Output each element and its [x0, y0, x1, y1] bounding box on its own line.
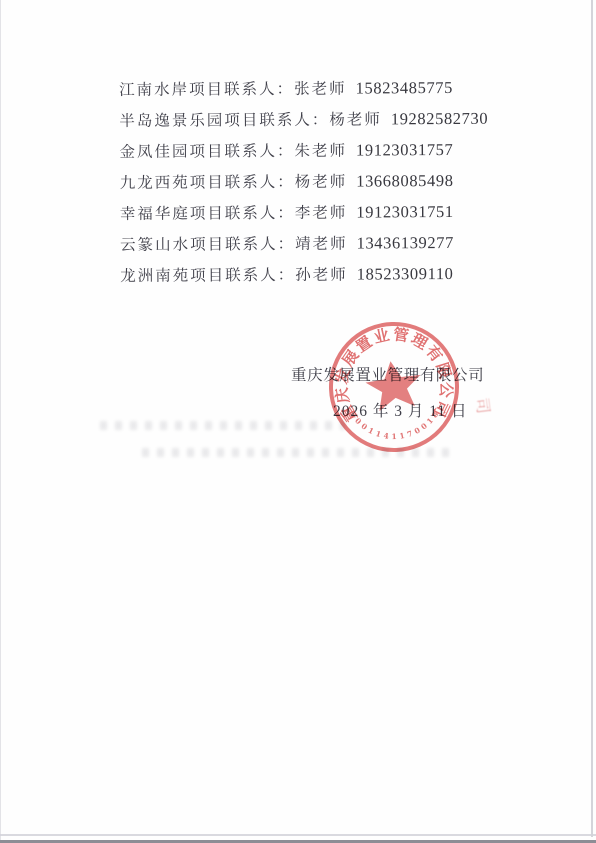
contact-person: 李老师 — [295, 205, 348, 222]
scanned-document-page: 江南水岸项目联系人：张老师15823485775 半岛逸景乐园项目联系人：杨老师… — [0, 0, 596, 843]
contact-person: 孙老师 — [295, 267, 348, 284]
phone-number: 13668085498 — [356, 171, 453, 191]
project-label: 云篆山水项目联系人： — [120, 236, 295, 254]
contact-person: 杨老师 — [295, 174, 348, 191]
contact-line: 半岛逸景乐园项目联系人：杨老师19282582730 — [119, 103, 488, 136]
project-label: 幸福华庭项目联系人： — [120, 205, 295, 223]
bleed-through-smudge — [100, 421, 345, 430]
star-icon — [363, 357, 425, 412]
seal-graphic: 重庆发展置业管理有限公司 5001141170018 — [316, 309, 471, 464]
contact-line: 云篆山水项目联系人：靖老师13436139277 — [120, 227, 489, 260]
project-label: 江南水岸项目联系人： — [119, 81, 294, 99]
phone-number: 19282582730 — [391, 109, 488, 129]
contact-line: 金凤佳园项目联系人：朱老师19123031757 — [119, 134, 488, 167]
contact-line: 龙洲南苑项目联系人：孙老师18523309110 — [120, 258, 489, 291]
project-label: 龙洲南苑项目联系人： — [120, 267, 295, 285]
contact-list: 江南水岸项目联系人：张老师15823485775 半岛逸景乐园项目联系人：杨老师… — [119, 72, 489, 291]
contact-person: 杨老师 — [329, 111, 382, 128]
project-label: 金凤佳园项目联系人： — [119, 143, 294, 161]
contact-line: 九龙西苑项目联系人：杨老师13668085498 — [120, 165, 489, 198]
seal-smudge-fragment: 司 — [465, 396, 498, 425]
contact-person: 朱老师 — [294, 143, 347, 160]
phone-number: 13436139277 — [357, 233, 454, 253]
contact-line: 江南水岸项目联系人：张老师15823485775 — [119, 72, 488, 105]
scan-edge-left — [0, 0, 1, 843]
phone-number: 19123031751 — [356, 202, 453, 222]
project-label: 半岛逸景乐园项目联系人： — [119, 112, 329, 130]
phone-number: 18523309110 — [357, 264, 454, 284]
contact-person: 张老师 — [294, 81, 347, 98]
paper-bottom-edge — [0, 834, 596, 836]
official-seal-stamp: 重庆发展置业管理有限公司 5001141170018 — [316, 309, 471, 464]
phone-number: 15823485775 — [356, 78, 453, 98]
scan-edge-right — [591, 0, 593, 837]
project-label: 九龙西苑项目联系人： — [120, 174, 295, 192]
phone-number: 19123031757 — [356, 140, 453, 160]
contact-line: 幸福华庭项目联系人：李老师19123031751 — [120, 196, 489, 229]
contact-person: 靖老师 — [295, 236, 348, 253]
